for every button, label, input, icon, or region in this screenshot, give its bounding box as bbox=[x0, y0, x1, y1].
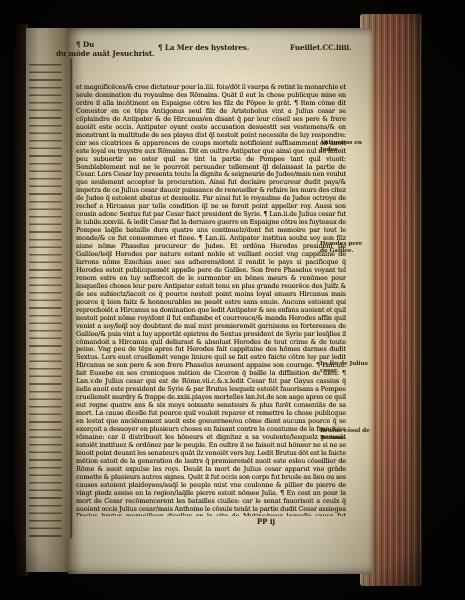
folio-number: Fueillet.CC.liiii. bbox=[290, 43, 352, 52]
gutter-shadow bbox=[26, 28, 70, 572]
body-text: et magnificēces/& cree dictateur pour la… bbox=[76, 84, 346, 516]
book-page: ¶ Du du mōde auāt Jesuchrist. ¶ La Mer d… bbox=[68, 28, 372, 574]
book-photo: ¶ Du du mōde auāt Jesuchrist. ¶ La Mer d… bbox=[0, 0, 465, 600]
margin-note-herodes: Herodes pere de Galilee. bbox=[320, 241, 370, 255]
quire-signature: PP ij bbox=[76, 517, 346, 526]
margin-note-antigonus: Antigonus en Judee. bbox=[320, 140, 370, 154]
margin-note-fin-de-cesar: La fin de Julius cesar. bbox=[320, 361, 370, 375]
margin-note-brutus: Brutus cōsul de Romme. bbox=[320, 428, 370, 442]
facing-page-sliver bbox=[26, 28, 70, 572]
running-head-title: ¶ La Mer des hystoires. bbox=[158, 43, 249, 52]
running-head-left-line2: du mōde auāt Jesuchrist. bbox=[56, 50, 152, 59]
gutter-rule-line bbox=[70, 58, 72, 538]
running-head-left: ¶ Du du mōde auāt Jesuchrist. bbox=[56, 41, 152, 58]
